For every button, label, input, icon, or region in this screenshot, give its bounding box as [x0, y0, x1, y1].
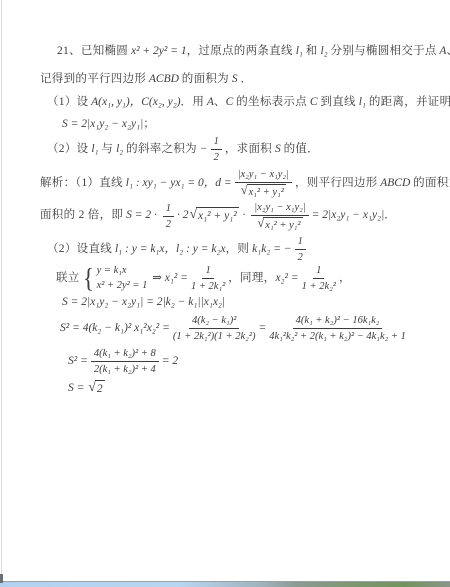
radical: √x₁² + y₁²: [257, 217, 302, 232]
math-run: x² + 2y² = 1: [97, 279, 148, 293]
math-run: S = 2|x₁y₂ − x₂y₁|: [62, 117, 143, 133]
text-run: 的面积为: [413, 176, 450, 192]
fraction: |x₂y₁ − x₁y₂|√x₁² + y₁²: [251, 201, 308, 232]
math-run: 1 + 2k₁²: [191, 280, 225, 293]
math-run: 1: [166, 202, 171, 215]
fraction: |x₂y₁ − x₁y₂|√x₁² + y₁²: [235, 168, 292, 199]
math-run: 4(k₁ + k₂)² − 16k₁k₂: [296, 314, 380, 327]
text-run: （1）设: [47, 95, 88, 111]
fraction: 4(k₁ + k₂)² + 82(k₁ + k₂)² + 4: [91, 347, 159, 376]
text-run: 记得到的平行四边形: [40, 72, 146, 88]
text-run: 的面积为: [182, 72, 229, 88]
text-run: ．: [384, 208, 396, 224]
math-run: = 2: [162, 354, 178, 370]
math-run: 1: [298, 235, 303, 248]
math-run: 1: [316, 264, 321, 277]
math-run: C: [307, 95, 320, 111]
math-run: l₁: [293, 44, 306, 60]
radical: √x₁² + y₁²: [241, 184, 286, 199]
math-run: S² = 4(k₂ − k₁)² x₁²x₂² =: [60, 321, 170, 337]
text-run: ，则: [226, 242, 250, 258]
math-run: ⇒ x₁² =: [149, 271, 188, 287]
text-run: 与: [101, 142, 113, 158]
fraction: 12: [163, 202, 174, 231]
math-run: l₁ : y = k₁x，l₂ : y = k₂x: [112, 242, 226, 258]
text-run: 的距离，并证明: [369, 95, 450, 111]
math-run: S = 2 ·: [123, 208, 160, 224]
text-run: ，过原点的两条直线: [187, 44, 293, 60]
math-run: ABCD: [378, 176, 414, 192]
fraction: 4(k₂ − k₁)²(1 + 2k₁²)(1 + 2k₂²): [173, 314, 256, 343]
math-run: · 2: [177, 208, 189, 224]
math-run: k₁k₂ = −: [249, 242, 291, 258]
text-run: ；: [143, 117, 155, 133]
fraction: 11 + 2k₁²: [191, 264, 225, 293]
math-run: |x₂y₁ − x₁y₂|: [238, 168, 289, 181]
text-run: ，则平行四边形: [295, 176, 378, 192]
fraction: 12: [211, 135, 222, 164]
math-run: S =: [68, 381, 87, 397]
math-run: 2: [166, 218, 171, 231]
text-line: S² = 4(k₂ − k₁)² x₁²x₂² =4(k₂ − k₁)²(1 +…: [40, 314, 438, 343]
text-line: 解析：（1）直线 l₁ : xy₁ − yx₁ = 0，d =|x₂y₁ − x…: [40, 168, 438, 199]
page-border-left: [1, 0, 2, 581]
text-run: ．用: [181, 95, 205, 111]
math-run: A: [204, 95, 214, 111]
text-line: （1）设 A(x₁, y₁)，C(x₂, y₂)．用 A、C 的坐标表示点 C …: [40, 95, 438, 111]
math-run: x₁² + y₁²: [265, 219, 300, 232]
math-run: ACBD: [146, 72, 182, 88]
text-line: （2）设 l₁ 与 l₂ 的斜率之积为 −12，求面积 S 的值．: [40, 135, 438, 164]
text-run: （2）设直线: [47, 242, 112, 258]
math-run: 1: [214, 135, 219, 148]
text-run: 分别与椭圆相交于点: [331, 44, 437, 60]
text-run: 解析：（1）直线: [40, 176, 123, 192]
math-run: 2: [97, 382, 103, 398]
math-run: l₁: [88, 142, 101, 158]
math-run: 1: [205, 264, 210, 277]
math-run: =: [258, 321, 266, 337]
text-run: ．: [240, 72, 252, 88]
math-run: y = k₁x: [97, 264, 127, 278]
math-run: A(x₁, y₁)，C(x₂, y₂): [88, 95, 180, 111]
math-run: 1 + 2k₂²: [302, 280, 336, 293]
text-run: 联立: [56, 271, 80, 287]
math-run: S = 2|x₁y₂ − x₂y₁| = 2|k₂ − k₁||x₁x₂|: [62, 295, 225, 311]
document-page: 21、已知椭圆 x² + 2y² = 1，过原点的两条直线 l₁ 和 l₂ 分别…: [0, 0, 450, 587]
math-run: 4(k₂ − k₁)²: [192, 314, 236, 327]
radical: √2: [88, 380, 104, 398]
document-content: 21、已知椭圆 x² + 2y² = 1，过原点的两条直线 l₁ 和 l₂ 分别…: [40, 44, 438, 398]
text-run: 、: [214, 95, 226, 111]
text-run: ，同理，: [228, 271, 275, 287]
text-line: 面积的 2 倍，即 S = 2 · 12· 2√x₁² + y₁² · |x₂y…: [40, 201, 438, 232]
math-run: S² =: [68, 354, 88, 370]
text-line: S = 2|x₁y₂ − x₂y₁| = 2|k₂ − k₁||x₁x₂|: [40, 295, 438, 311]
text-run: ，求面积: [225, 142, 272, 158]
equation-row: y = k₁x: [97, 264, 148, 278]
math-run: 2: [214, 151, 219, 164]
text-run: 面积的 2 倍，即: [40, 208, 123, 224]
math-run: 2(k₁ + k₂)² + 4: [94, 363, 156, 376]
text-run: 的值．: [284, 142, 319, 158]
radical: √x₁² + y₁²: [189, 207, 238, 225]
math-run: x₂² =: [275, 271, 298, 287]
text-run: 和: [306, 44, 318, 60]
text-run: 的斜率之积为: [126, 142, 197, 158]
system-of-equations: {y = k₁xx² + 2y² = 1: [82, 264, 148, 293]
text-run: （2）设: [47, 142, 88, 158]
math-run: l₂: [318, 44, 331, 60]
text-run: 21、已知椭圆: [57, 44, 128, 60]
text-run: ，: [339, 271, 351, 287]
math-run: −: [197, 142, 208, 158]
text-line: 记得到的平行四边形 ACBD 的面积为 S ．: [40, 72, 438, 88]
math-run: = 2|x₂y₁ − x₁y₂|: [312, 208, 385, 224]
text-line: S = 2|x₁y₂ − x₂y₁|；: [40, 117, 438, 133]
text-line: 联立{y = k₁xx² + 2y² = 1 ⇒ x₁² =11 + 2k₁²，…: [40, 264, 438, 293]
math-run: C: [226, 95, 237, 111]
math-run: 2: [298, 251, 303, 264]
text-line: （2）设直线 l₁ : y = k₁x，l₂ : y = k₂x，则 k₁k₂ …: [40, 235, 438, 264]
text-line: S² =4(k₁ + k₂)² + 82(k₁ + k₂)² + 4= 2: [40, 347, 438, 376]
math-run: A: [437, 44, 447, 60]
text-line: 21、已知椭圆 x² + 2y² = 1，过原点的两条直线 l₁ 和 l₂ 分别…: [40, 44, 438, 60]
math-run: ·: [240, 208, 249, 224]
math-run: l₁ : xy₁ − yx₁ = 0，d =: [123, 176, 232, 192]
desktop-edge-strip: [0, 581, 450, 587]
fraction: 11 + 2k₂²: [302, 264, 336, 293]
text-run: 、: [446, 44, 450, 60]
math-run: S: [229, 72, 241, 88]
text-run: 到直线: [320, 95, 355, 111]
math-run: x² + 2y² = 1: [128, 44, 187, 60]
corner-notch: [0, 574, 3, 583]
text-run: 的坐标表示点: [236, 95, 307, 111]
math-run: x₁² + y₁²: [198, 209, 237, 225]
math-run: l₂: [113, 142, 126, 158]
text-line: S = √2: [40, 380, 438, 398]
math-run: x₁² + y₁²: [249, 186, 284, 199]
brace-icon: {: [83, 267, 94, 290]
equation-row: x² + 2y² = 1: [97, 279, 148, 293]
math-run: l₁: [356, 95, 369, 111]
fraction: 12: [295, 235, 306, 264]
math-run: 4k₁²k₂² + 2(k₁ + k₂)² − 4k₁k₂ + 1: [269, 330, 406, 343]
math-run: |x₂y₁ − x₁y₂|: [254, 201, 305, 214]
math-run: S: [272, 142, 284, 158]
math-run: 4(k₁ + k₂)² + 8: [94, 347, 156, 360]
fraction: 4(k₁ + k₂)² − 16k₁k₂4k₁²k₂² + 2(k₁ + k₂)…: [269, 314, 406, 343]
math-run: (1 + 2k₁²)(1 + 2k₂²): [173, 330, 256, 343]
